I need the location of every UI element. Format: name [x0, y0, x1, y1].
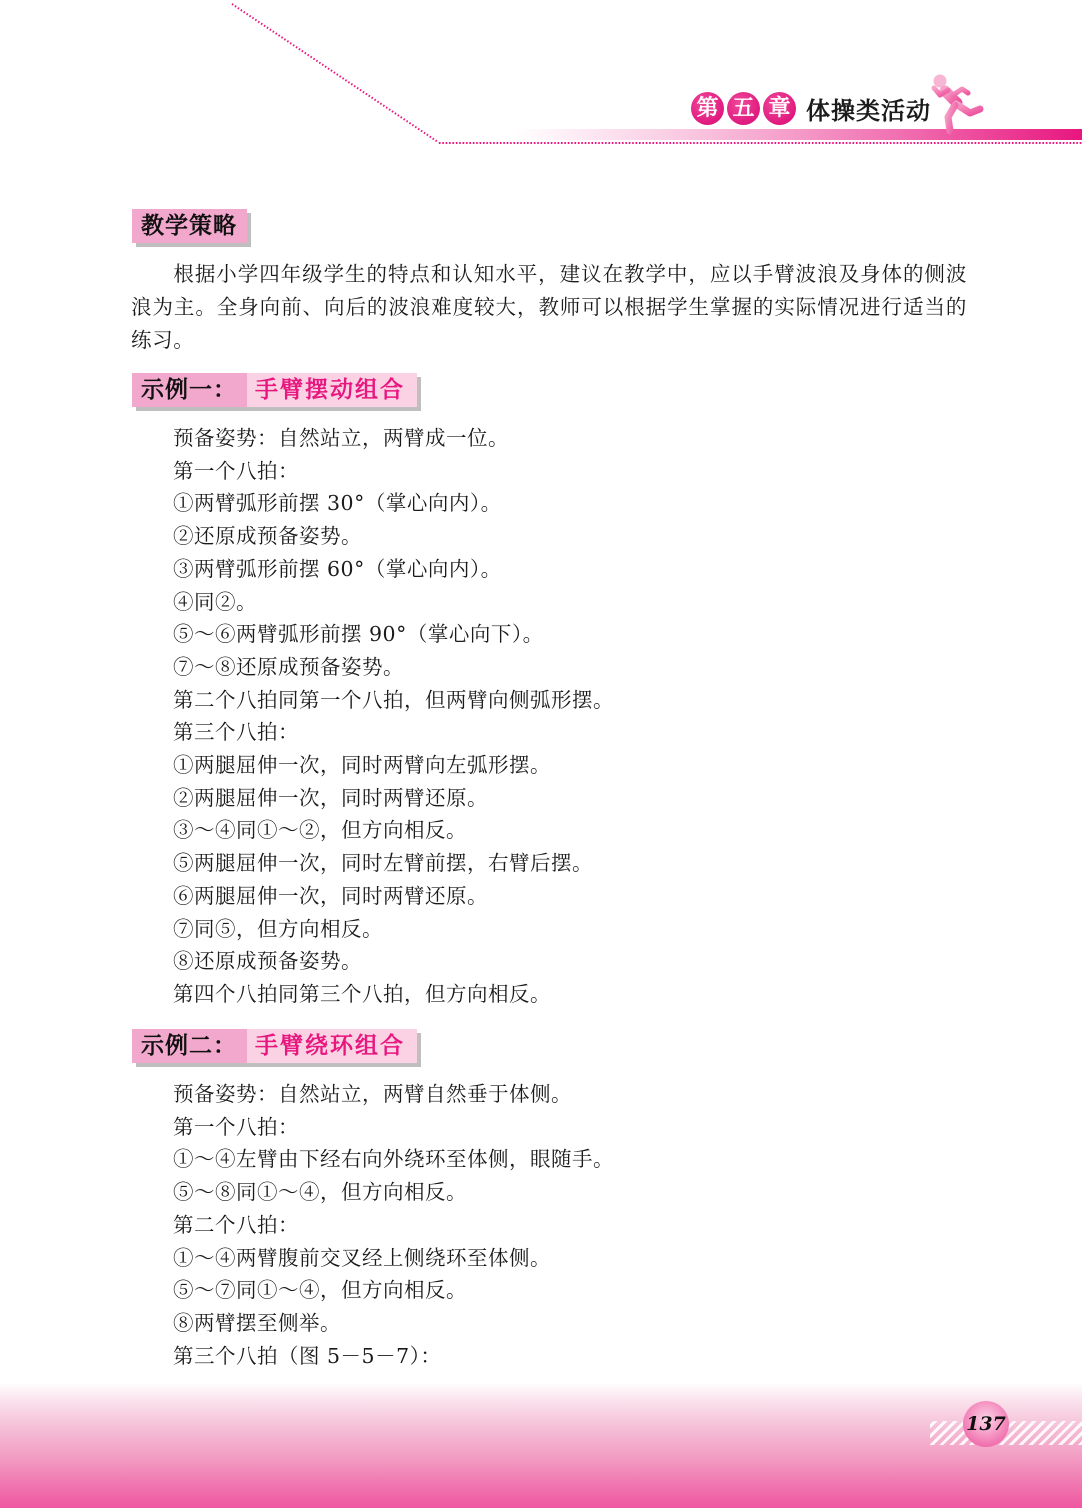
- footer-gradient: [0, 1383, 1082, 1508]
- step-line: 第一个八拍：: [173, 1111, 614, 1144]
- example-2-steps: 预备姿势：自然站立，两臂自然垂于体侧。 第一个八拍： ①～④左臂由下经右向外绕环…: [173, 1078, 614, 1372]
- section-label: 示例二：: [132, 1029, 247, 1063]
- chapter-heading: 第 五 章 体操类活动: [691, 91, 931, 126]
- example-1-steps: 预备姿势：自然站立，两臂成一位。 第一个八拍： ①两臂弧形前摆 30°（掌心向内…: [173, 422, 614, 1011]
- step-line: ①两腿屈伸一次，同时两臂向左弧形摆。: [173, 749, 614, 782]
- step-line: 第二个八拍：: [173, 1209, 614, 1242]
- step-line: ⑤～⑧同①～④，但方向相反。: [173, 1176, 614, 1209]
- step-line: 第四个八拍同第三个八拍，但方向相反。: [173, 978, 614, 1011]
- teaching-strategy-paragraph: 根据小学四年级学生的特点和认知水平，建议在教学中，应以手臂波浪及身体的侧波浪为主…: [131, 258, 967, 357]
- header-gradient-band: [515, 129, 1082, 140]
- step-line: 第三个八拍：: [173, 716, 614, 749]
- section-title: 手臂摆动组合: [247, 373, 417, 407]
- page-number-badge: 137: [963, 1401, 1009, 1447]
- step-line: ③～④同①～②，但方向相反。: [173, 814, 614, 847]
- section-heading-teaching-strategy: 教学策略: [132, 209, 247, 243]
- chapter-char-badge: 第: [691, 92, 724, 125]
- step-line: ⑤两腿屈伸一次，同时左臂前摆，右臂后摆。: [173, 847, 614, 880]
- chapter-title: 体操类活动: [806, 91, 931, 126]
- section-label: 教学策略: [132, 209, 247, 243]
- step-line: ⑤～⑦同①～④，但方向相反。: [173, 1274, 614, 1307]
- step-line: ⑧两臂摆至侧举。: [173, 1307, 614, 1340]
- step-line: ②还原成预备姿势。: [173, 520, 614, 553]
- step-line: 预备姿势：自然站立，两臂自然垂于体侧。: [173, 1078, 614, 1111]
- step-line: ③两臂弧形前摆 60°（掌心向内）。: [173, 553, 614, 586]
- step-line: ④同②。: [173, 586, 614, 619]
- running-person-icon: [926, 73, 988, 135]
- step-line: ⑥两腿屈伸一次，同时两臂还原。: [173, 880, 614, 913]
- section-heading-example-2: 示例二： 手臂绕环组合: [132, 1029, 417, 1063]
- step-line: ①～④两臂腹前交叉经上侧绕环至体侧。: [173, 1242, 614, 1275]
- section-heading-example-1: 示例一： 手臂摆动组合: [132, 373, 417, 407]
- step-line: ⑧还原成预备姿势。: [173, 945, 614, 978]
- paragraph-text: 根据小学四年级学生的特点和认知水平，建议在教学中，应以手臂波浪及身体的侧波浪为主…: [131, 262, 967, 352]
- step-line: 第一个八拍：: [173, 455, 614, 488]
- section-title: 手臂绕环组合: [247, 1029, 417, 1063]
- step-line: ⑦同⑤，但方向相反。: [173, 913, 614, 946]
- step-line: ①～④左臂由下经右向外绕环至体侧，眼随手。: [173, 1143, 614, 1176]
- step-line: 第三个八拍（图 5－5－7）：: [173, 1340, 614, 1373]
- step-line: ①两臂弧形前摆 30°（掌心向内）。: [173, 487, 614, 520]
- section-label: 示例一：: [132, 373, 247, 407]
- chapter-char-badge: 五: [727, 92, 760, 125]
- step-line: ⑦～⑧还原成预备姿势。: [173, 651, 614, 684]
- step-line: ②两腿屈伸一次，同时两臂还原。: [173, 782, 614, 815]
- step-line: ⑤～⑥两臂弧形前摆 90°（掌心向下）。: [173, 618, 614, 651]
- chapter-char-badge: 章: [763, 92, 796, 125]
- step-line: 第二个八拍同第一个八拍，但两臂向侧弧形摆。: [173, 684, 614, 717]
- header-dotted-rule: [438, 142, 1082, 144]
- step-line: 预备姿势：自然站立，两臂成一位。: [173, 422, 614, 455]
